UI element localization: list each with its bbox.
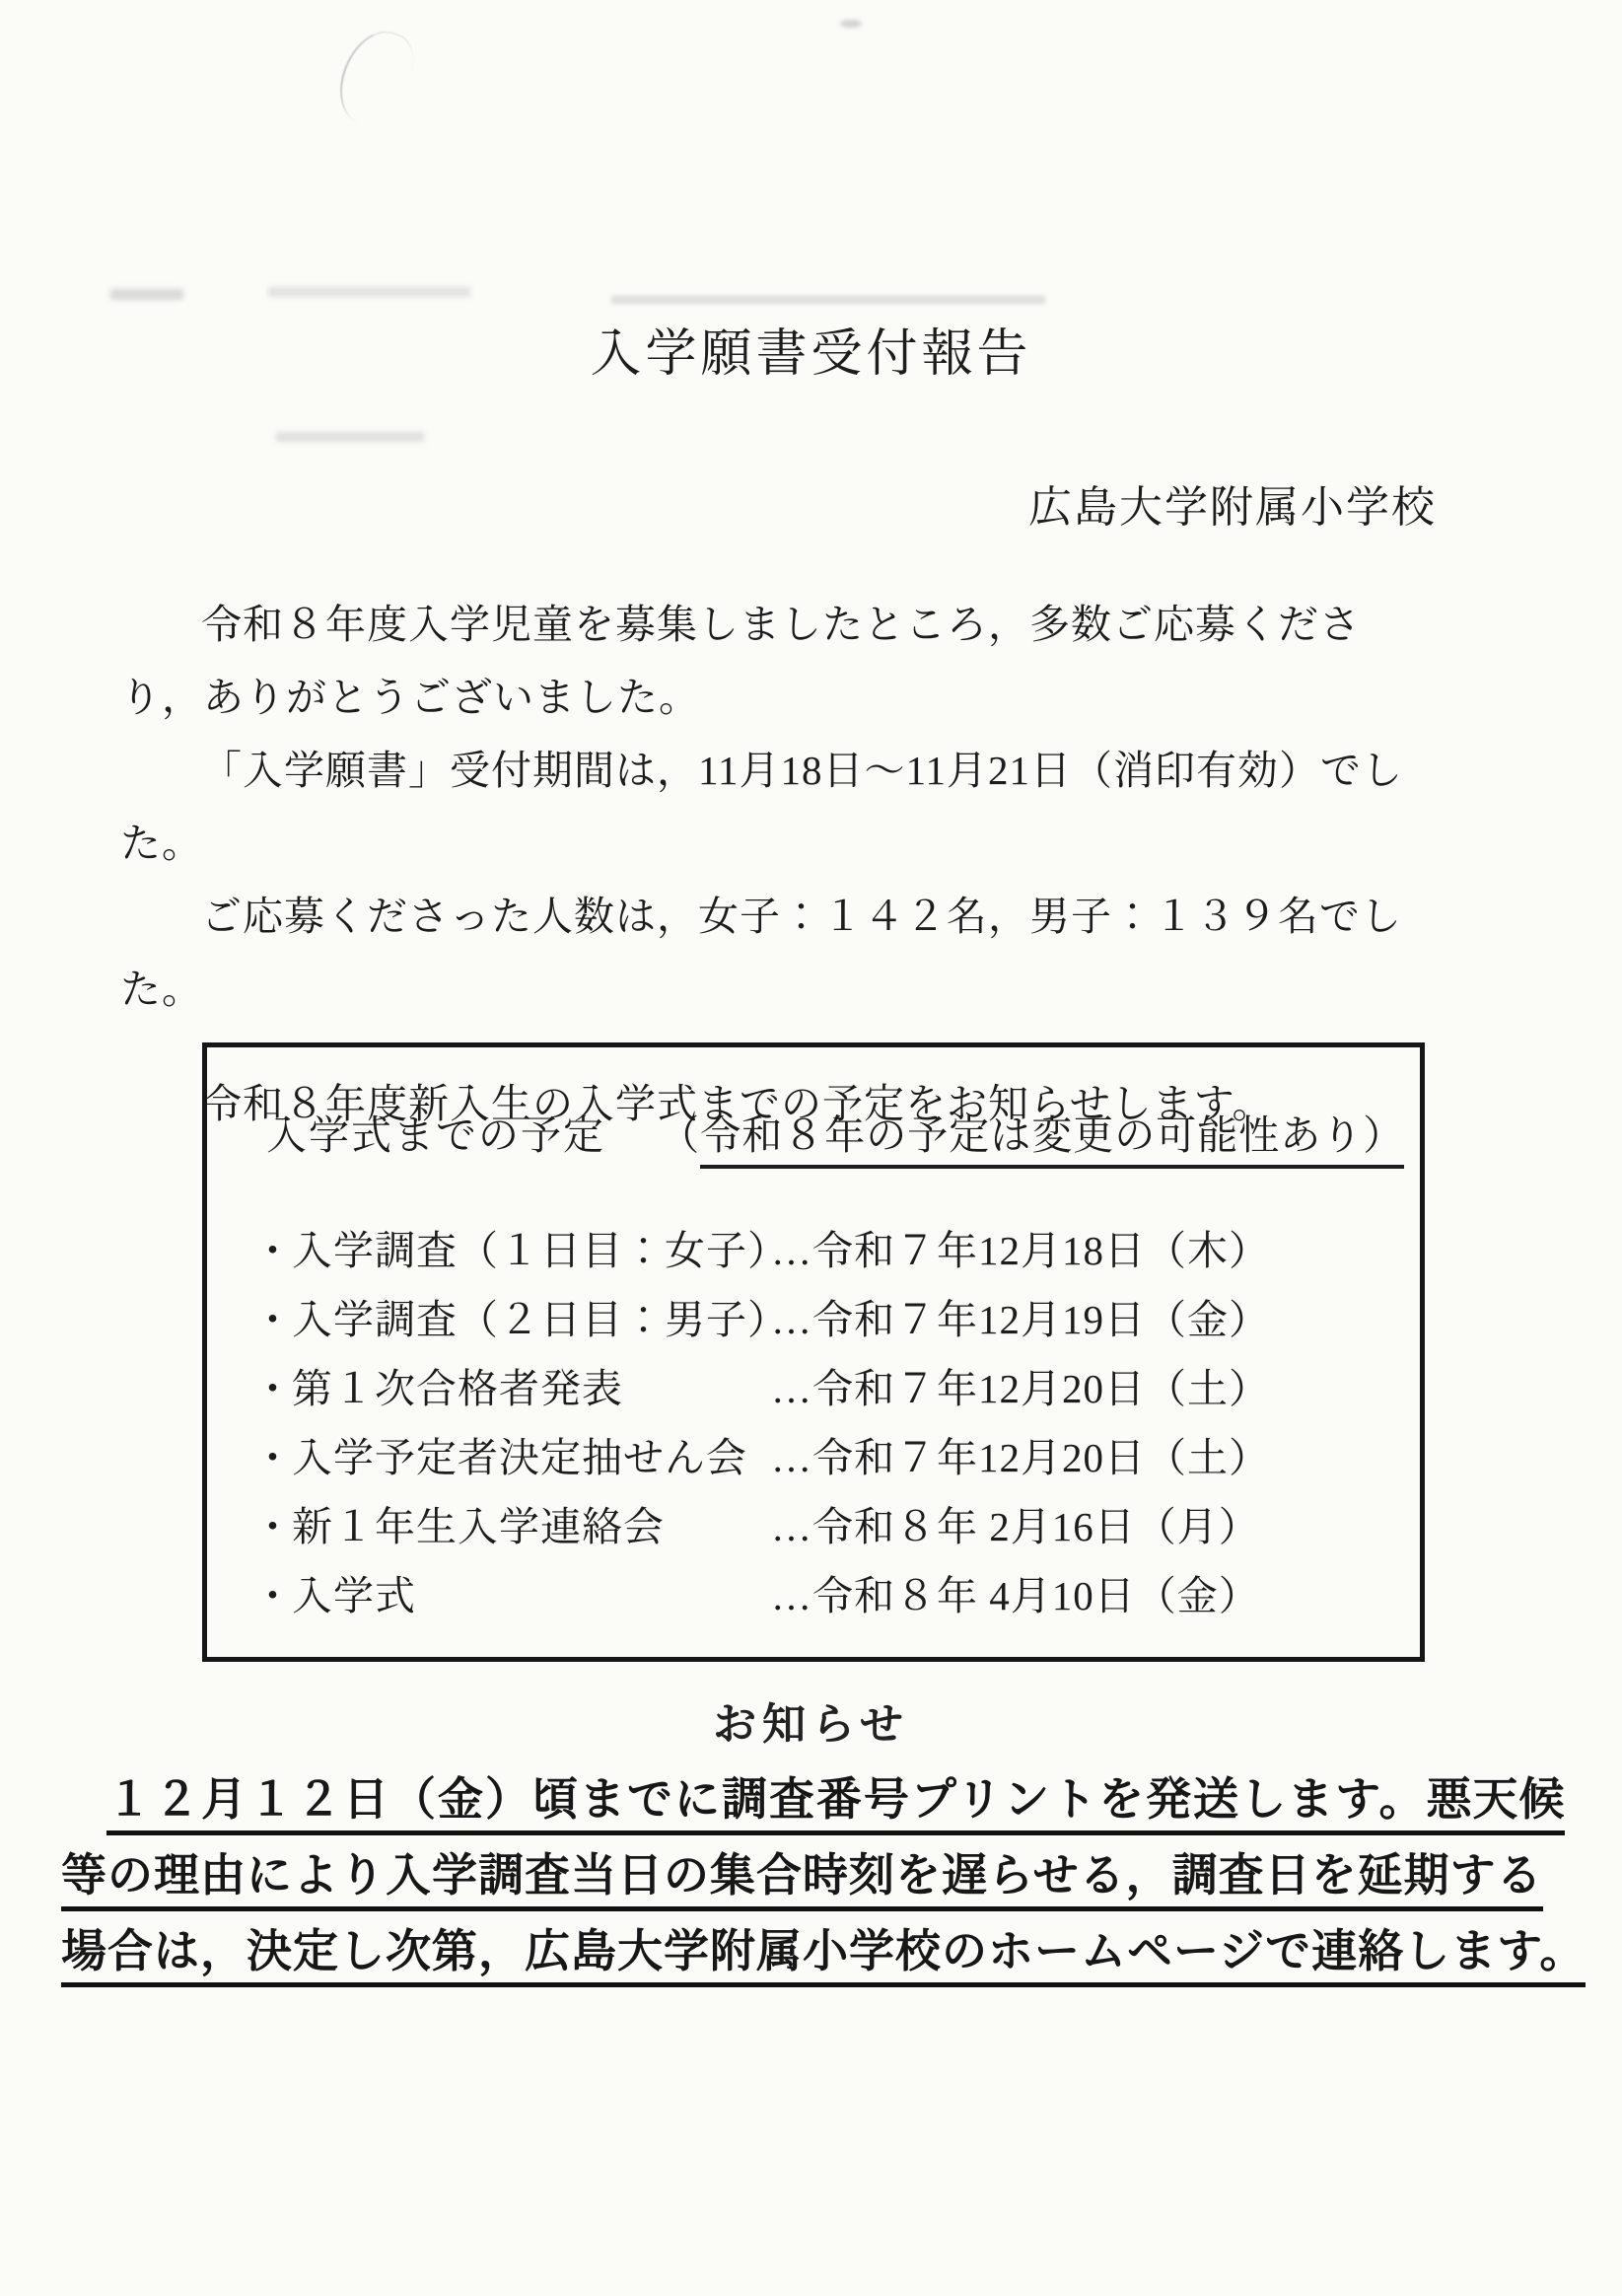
date-text: 令和７年12月18日（木） (812, 1228, 1270, 1273)
schedule-item: ・ 新１年生入学連絡会 …令和８年 2月16日（月） (252, 1492, 1420, 1561)
scan-artifact-pen-squiggle (330, 22, 422, 133)
date-text: 令和７年12月20日（土） (812, 1366, 1270, 1411)
schedule-date: …令和７年12月18日（木） (771, 1216, 1270, 1285)
schedule-event: 入学予定者決定抽せん会 (292, 1423, 771, 1492)
schedule-heading-note: （令和８年の予定は変更の可能性あり） (659, 1112, 1404, 1158)
notice-line: 等の理由により入学調査当日の集合時刻を遅らせる，調査日を延期する (61, 1837, 1570, 1913)
schedule-item: ・ 入学調査（１日目：女子） …令和７年12月18日（木） (252, 1216, 1420, 1285)
notice-line1-bold-text: 悪天候 (1426, 1773, 1565, 1825)
paragraph-application-period: 「入学願書」受付期間は，11月18日～11月21日（消印有効）でした。 (120, 734, 1414, 880)
schedule-item: ・ 第１次合格者発表 …令和７年12月20日（土） (252, 1354, 1420, 1423)
document-title: 入学願書受付報告 (0, 312, 1622, 386)
schedule-box: 入学式までの予定 （令和８年の予定は変更の可能性あり） ・ 入学調査（１日目：女… (202, 1042, 1425, 1662)
schedule-date: …令和７年12月19日（金） (771, 1285, 1270, 1354)
bullet-glyph: ・ (252, 1561, 292, 1630)
notice-line: 場合は，決定し次第，広島大学附属小学校のホームページで連絡します。 (61, 1913, 1570, 1989)
scan-artifact-smudge (611, 296, 1045, 304)
leader-dots: … (771, 1297, 812, 1342)
scan-artifact-smudge (276, 432, 424, 442)
paragraph-applicant-counts: ご応募くださった人数は，女子：１４２名，男子：１３９名でした。 (120, 880, 1414, 1026)
notice-line3-text: 場合は，決定し次第，広島大学附属小学校のホームページで連絡します。 (61, 1925, 1586, 1987)
scan-artifact-smudge (110, 289, 183, 300)
date-text: 令和７年12月20日（土） (812, 1435, 1270, 1480)
schedule-event: 入学調査（２日目：男子） (292, 1285, 771, 1354)
schedule-heading-label: 入学式までの予定 (266, 1112, 605, 1158)
leader-dots: … (771, 1573, 812, 1618)
schedule-item: ・ 入学式 …令和８年 4月10日（金） (252, 1561, 1420, 1630)
scan-artifact-smudge (268, 287, 470, 297)
paragraph-thanks: 令和８年度入学児童を募集しましたところ，多数ご応募くださり，ありがとうございまし… (120, 588, 1414, 734)
schedule-date: …令和７年12月20日（土） (771, 1354, 1270, 1423)
date-text: 令和８年 2月16日（月） (812, 1504, 1260, 1549)
date-text: 令和８年 4月10日（金） (812, 1573, 1260, 1618)
leader-dots: … (771, 1504, 812, 1549)
schedule-item: ・ 入学予定者決定抽せん会 …令和７年12月20日（土） (252, 1423, 1420, 1492)
note-open-paren: （ (659, 1112, 700, 1158)
notice-line2-text: 等の理由により入学調査当日の集合時刻を遅らせる，調査日を延期する (61, 1849, 1543, 1911)
date-text: 令和７年12月19日（金） (812, 1297, 1270, 1342)
bullet-glyph: ・ (252, 1492, 292, 1561)
schedule-event: 第１次合格者発表 (292, 1354, 771, 1423)
sender-school-name: 広島大学附属小学校 (1028, 471, 1437, 535)
bullet-glyph: ・ (252, 1354, 292, 1423)
bullet-glyph: ・ (252, 1423, 292, 1492)
schedule-box-heading: 入学式までの予定 （令和８年の予定は変更の可能性あり） (266, 1103, 1420, 1161)
schedule-event: 新１年生入学連絡会 (292, 1492, 771, 1561)
schedule-date: …令和７年12月20日（土） (771, 1423, 1270, 1492)
leader-dots: … (771, 1366, 812, 1411)
notice-line1-underline: １２月１２日（金）頃までに調査番号プリントを発送します。悪天候 (106, 1774, 1565, 1835)
schedule-date: …令和８年 4月10日（金） (771, 1561, 1260, 1630)
schedule-date: …令和８年 2月16日（月） (771, 1492, 1260, 1561)
bullet-glyph: ・ (252, 1216, 292, 1285)
notice-line: １２月１２日（金）頃までに調査番号プリントを発送します。悪天候 (61, 1761, 1570, 1837)
scanned-document-page: { "document": { "title": "入学願書受付報告", "se… (0, 0, 1622, 2296)
notice-body: １２月１２日（金）頃までに調査番号プリントを発送します。悪天候 等の理由により入… (61, 1761, 1570, 1989)
schedule-event: 入学式 (292, 1561, 771, 1630)
schedule-item: ・ 入学調査（２日目：男子） …令和７年12月19日（金） (252, 1285, 1420, 1354)
notice-heading: お知らせ (0, 1688, 1622, 1752)
leader-dots: … (771, 1228, 812, 1273)
notice-line1-serif-text: １２月１２日（金）頃までに調査番号プリントを発送します。 (106, 1774, 1426, 1825)
schedule-item-list: ・ 入学調査（１日目：女子） …令和７年12月18日（木） ・ 入学調査（２日目… (252, 1216, 1420, 1630)
bullet-glyph: ・ (252, 1285, 292, 1354)
note-underlined-text: 令和８年の予定は変更の可能性あり） (700, 1112, 1404, 1169)
schedule-event: 入学調査（１日目：女子） (292, 1216, 771, 1285)
leader-dots: … (771, 1435, 812, 1480)
scan-artifact-smudge (840, 20, 862, 28)
